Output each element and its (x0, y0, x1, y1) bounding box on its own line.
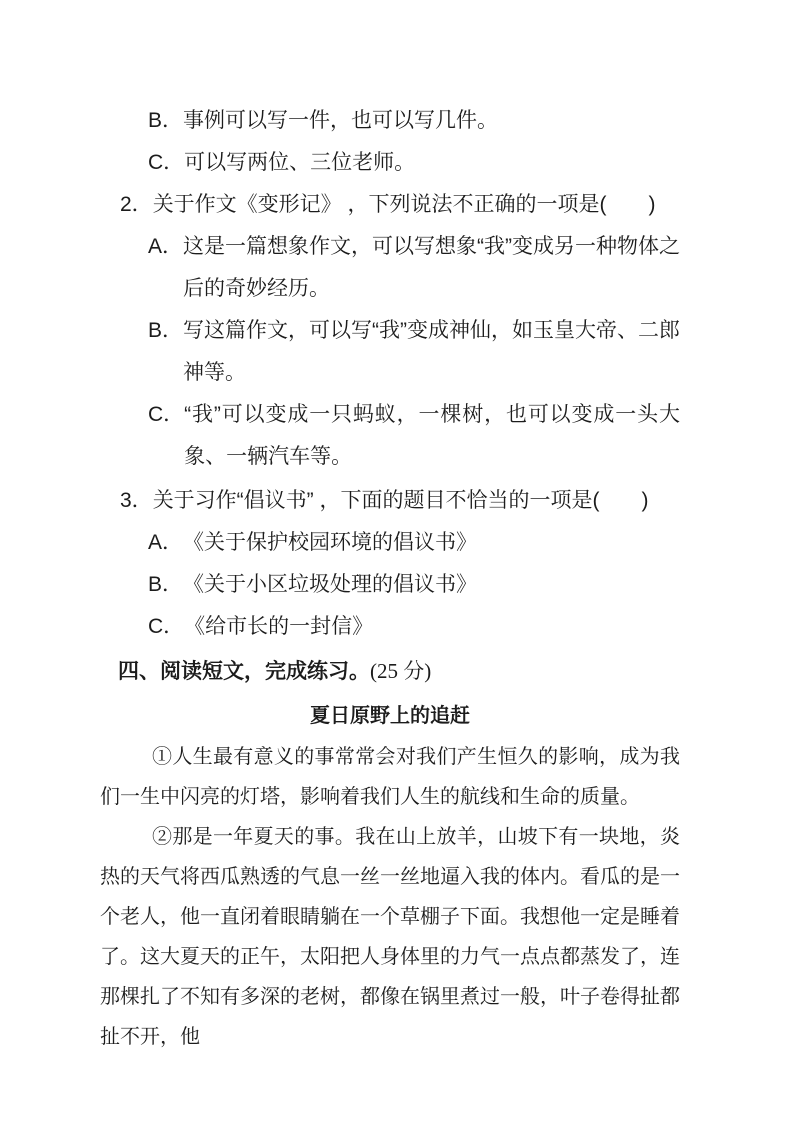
question-number: 3． (120, 480, 153, 522)
question-stem: 关于习作“倡议书” ，下面的题目不恰当的一项是( ) (153, 480, 680, 522)
option-text: 写这篇作文，可以写“我”变成神仙，如玉皇大帝、二郎神等。 (183, 310, 680, 394)
passage-title: 夏日原野上的追赶 (100, 695, 680, 737)
option-label: C． (148, 606, 184, 648)
option-text: 事例可以写一件，也可以写几件。 (183, 100, 680, 142)
option-text: “我”可以变成一只蚂蚁，一棵树，也可以变成一头大象、一辆汽车等。 (184, 394, 680, 478)
option-label: B． (148, 100, 183, 142)
q2-option-a: A． 这是一篇想象作文，可以写想象“我”变成另一种物体之后的奇妙经历。 (100, 226, 680, 310)
question-stem: 关于作文《变形记》 ，下列说法不正确的一项是( ) (153, 184, 680, 226)
option-text: 这是一篇想象作文，可以写想象“我”变成另一种物体之后的奇妙经历。 (183, 226, 680, 310)
q1-option-b: B． 事例可以写一件，也可以写几件。 (100, 100, 680, 142)
q3-option-b: B． 《关于小区垃圾处理的倡议书》 (100, 564, 680, 606)
worksheet-page: B． 事例可以写一件，也可以写几件。 C． 可以写两位、三位老师。 2． 关于作… (0, 0, 793, 1057)
option-label: B． (148, 310, 183, 394)
question-3: 3． 关于习作“倡议书” ，下面的题目不恰当的一项是( ) (100, 480, 680, 522)
option-text: 《给市长的一封信》 (184, 606, 680, 648)
option-label: C． (148, 394, 184, 478)
q2-option-b: B． 写这篇作文，可以写“我”变成神仙，如玉皇大帝、二郎神等。 (100, 310, 680, 394)
section-points: (25 分) (370, 659, 431, 683)
option-label: C． (148, 142, 184, 184)
passage-paragraph-1: ①人生最有意义的事常常会对我们产生恒久的影响，成为我们一生中闪亮的灯塔，影响着我… (100, 737, 680, 817)
option-label: A． (148, 522, 183, 564)
reading-passage: ①人生最有意义的事常常会对我们产生恒久的影响，成为我们一生中闪亮的灯塔，影响着我… (100, 737, 680, 1057)
question-number: 2． (120, 184, 153, 226)
option-text: 《关于保护校园环境的倡议书》 (183, 522, 680, 564)
option-label: B． (148, 564, 183, 606)
option-label: A． (148, 226, 183, 310)
question-zone: B． 事例可以写一件，也可以写几件。 C． 可以写两位、三位老师。 2． 关于作… (100, 100, 680, 693)
passage-paragraph-2: ②那是一年夏天的事。我在山上放羊，山坡下有一块地，炎热的天气将西瓜熟透的气息一丝… (100, 817, 680, 1057)
option-text: 可以写两位、三位老师。 (184, 142, 680, 184)
section-4-heading: 四、阅读短文，完成练习。(25 分) (100, 650, 680, 693)
q2-option-c: C． “我”可以变成一只蚂蚁，一棵树，也可以变成一头大象、一辆汽车等。 (100, 394, 680, 478)
question-2: 2． 关于作文《变形记》 ，下列说法不正确的一项是( ) (100, 184, 680, 226)
section-heading-text: 四、阅读短文，完成练习。 (118, 660, 370, 683)
option-text: 《关于小区垃圾处理的倡议书》 (183, 564, 680, 606)
q3-option-a: A． 《关于保护校园环境的倡议书》 (100, 522, 680, 564)
q3-option-c: C． 《给市长的一封信》 (100, 606, 680, 648)
q1-option-c: C． 可以写两位、三位老师。 (100, 142, 680, 184)
